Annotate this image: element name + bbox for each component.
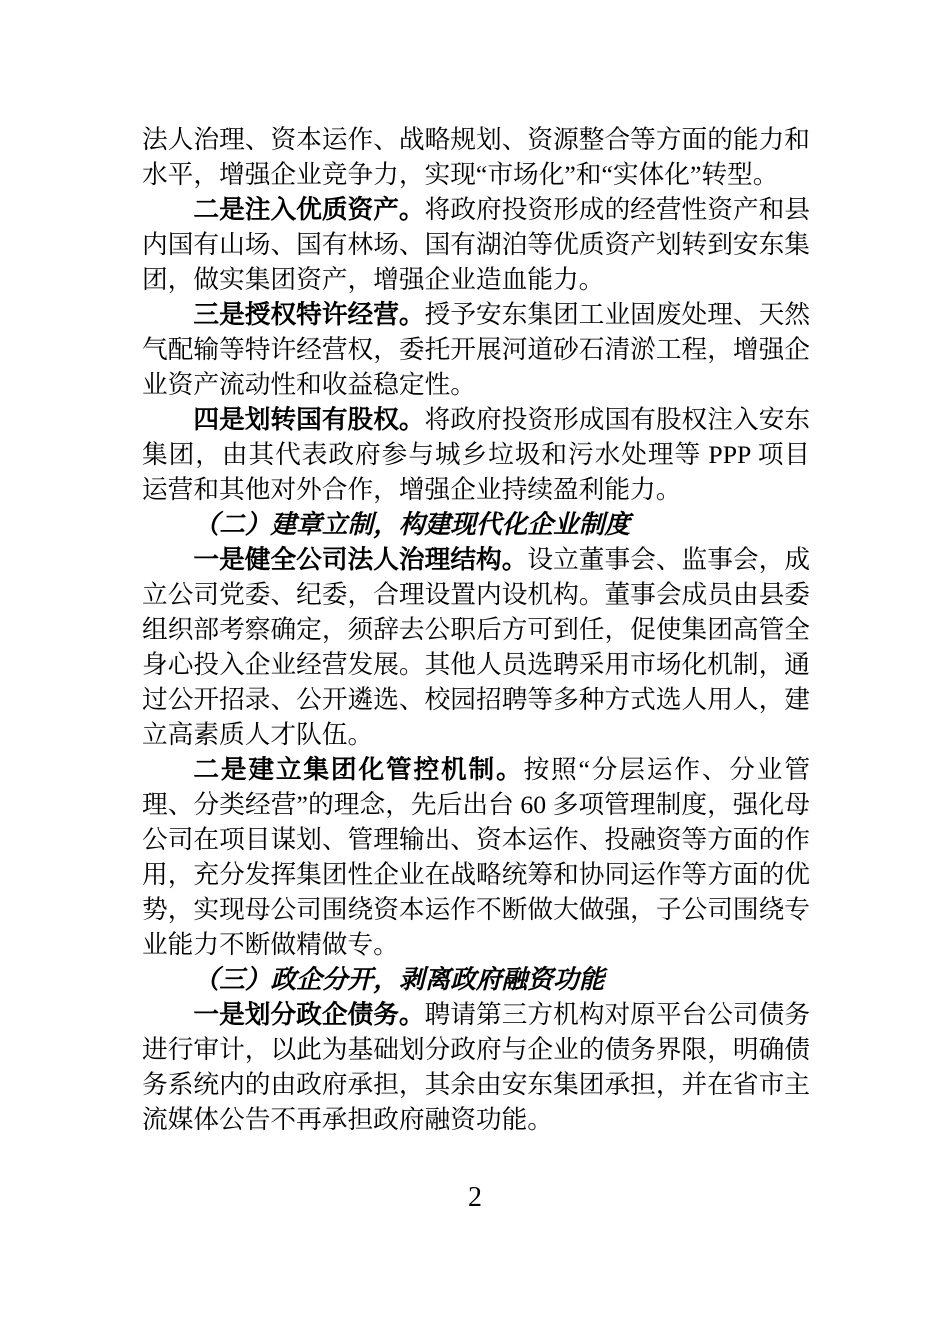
paragraph: 二是建立集团化管控机制。按照“分层运作、分业管理、分类经营”的理念，先后出台 6… — [142, 752, 810, 962]
paragraph-text: 法人治理、资本运作、战略规划、资源整合等方面的能力和水平，增强企业竞争力，实现“… — [142, 125, 810, 189]
paragraph-lead: 二是建立集团化管控机制。 — [193, 755, 523, 784]
document-body: 法人治理、资本运作、战略规划、资源整合等方面的能力和水平，增强企业竞争力，实现“… — [142, 122, 810, 1137]
paragraph-text: 按照“分层运作、分业管理、分类经营”的理念，先后出台 60 多项管理制度，强化母… — [142, 755, 810, 959]
paragraph: 二是注入优质资产。将政府投资形成的经营性资产和县内国有山场、国有林场、国有湖泊等… — [142, 192, 810, 297]
page-number: 2 — [0, 1183, 950, 1213]
paragraph-lead: 一是健全公司法人治理结构。 — [193, 545, 527, 574]
paragraph-lead: 三是授权特许经营。 — [193, 300, 424, 329]
paragraph-lead: 一是划分政企债务。 — [193, 1000, 424, 1029]
document-page: 法人治理、资本运作、战略规划、资源整合等方面的能力和水平，增强企业竞争力，实现“… — [0, 0, 950, 1344]
section-heading: （三）政企分开，剥离政府融资功能 — [142, 962, 810, 997]
paragraph: 一是划分政企债务。聘请第三方机构对原平台公司债务进行审计，以此为基础划分政府与企… — [142, 997, 810, 1137]
paragraph: 四是划转国有股权。将政府投资形成国有股权注入安东集团，由其代表政府参与城乡垃圾和… — [142, 402, 810, 507]
section-heading: （二）建章立制，构建现代化企业制度 — [142, 507, 810, 542]
paragraph-lead: 四是划转国有股权。 — [193, 405, 424, 434]
paragraph-lead: 二是注入优质资产。 — [193, 195, 424, 224]
paragraph: 三是授权特许经营。授予安东集团工业固废处理、天然气配输等特许经营权，委托开展河道… — [142, 297, 810, 402]
paragraph-continuation: 法人治理、资本运作、战略规划、资源整合等方面的能力和水平，增强企业竞争力，实现“… — [142, 122, 810, 192]
paragraph-text: 设立董事会、监事会，成立公司党委、纪委，合理设置内设机构。董事会成员由县委组织部… — [142, 545, 810, 749]
paragraph: 一是健全公司法人治理结构。设立董事会、监事会，成立公司党委、纪委，合理设置内设机… — [142, 542, 810, 752]
